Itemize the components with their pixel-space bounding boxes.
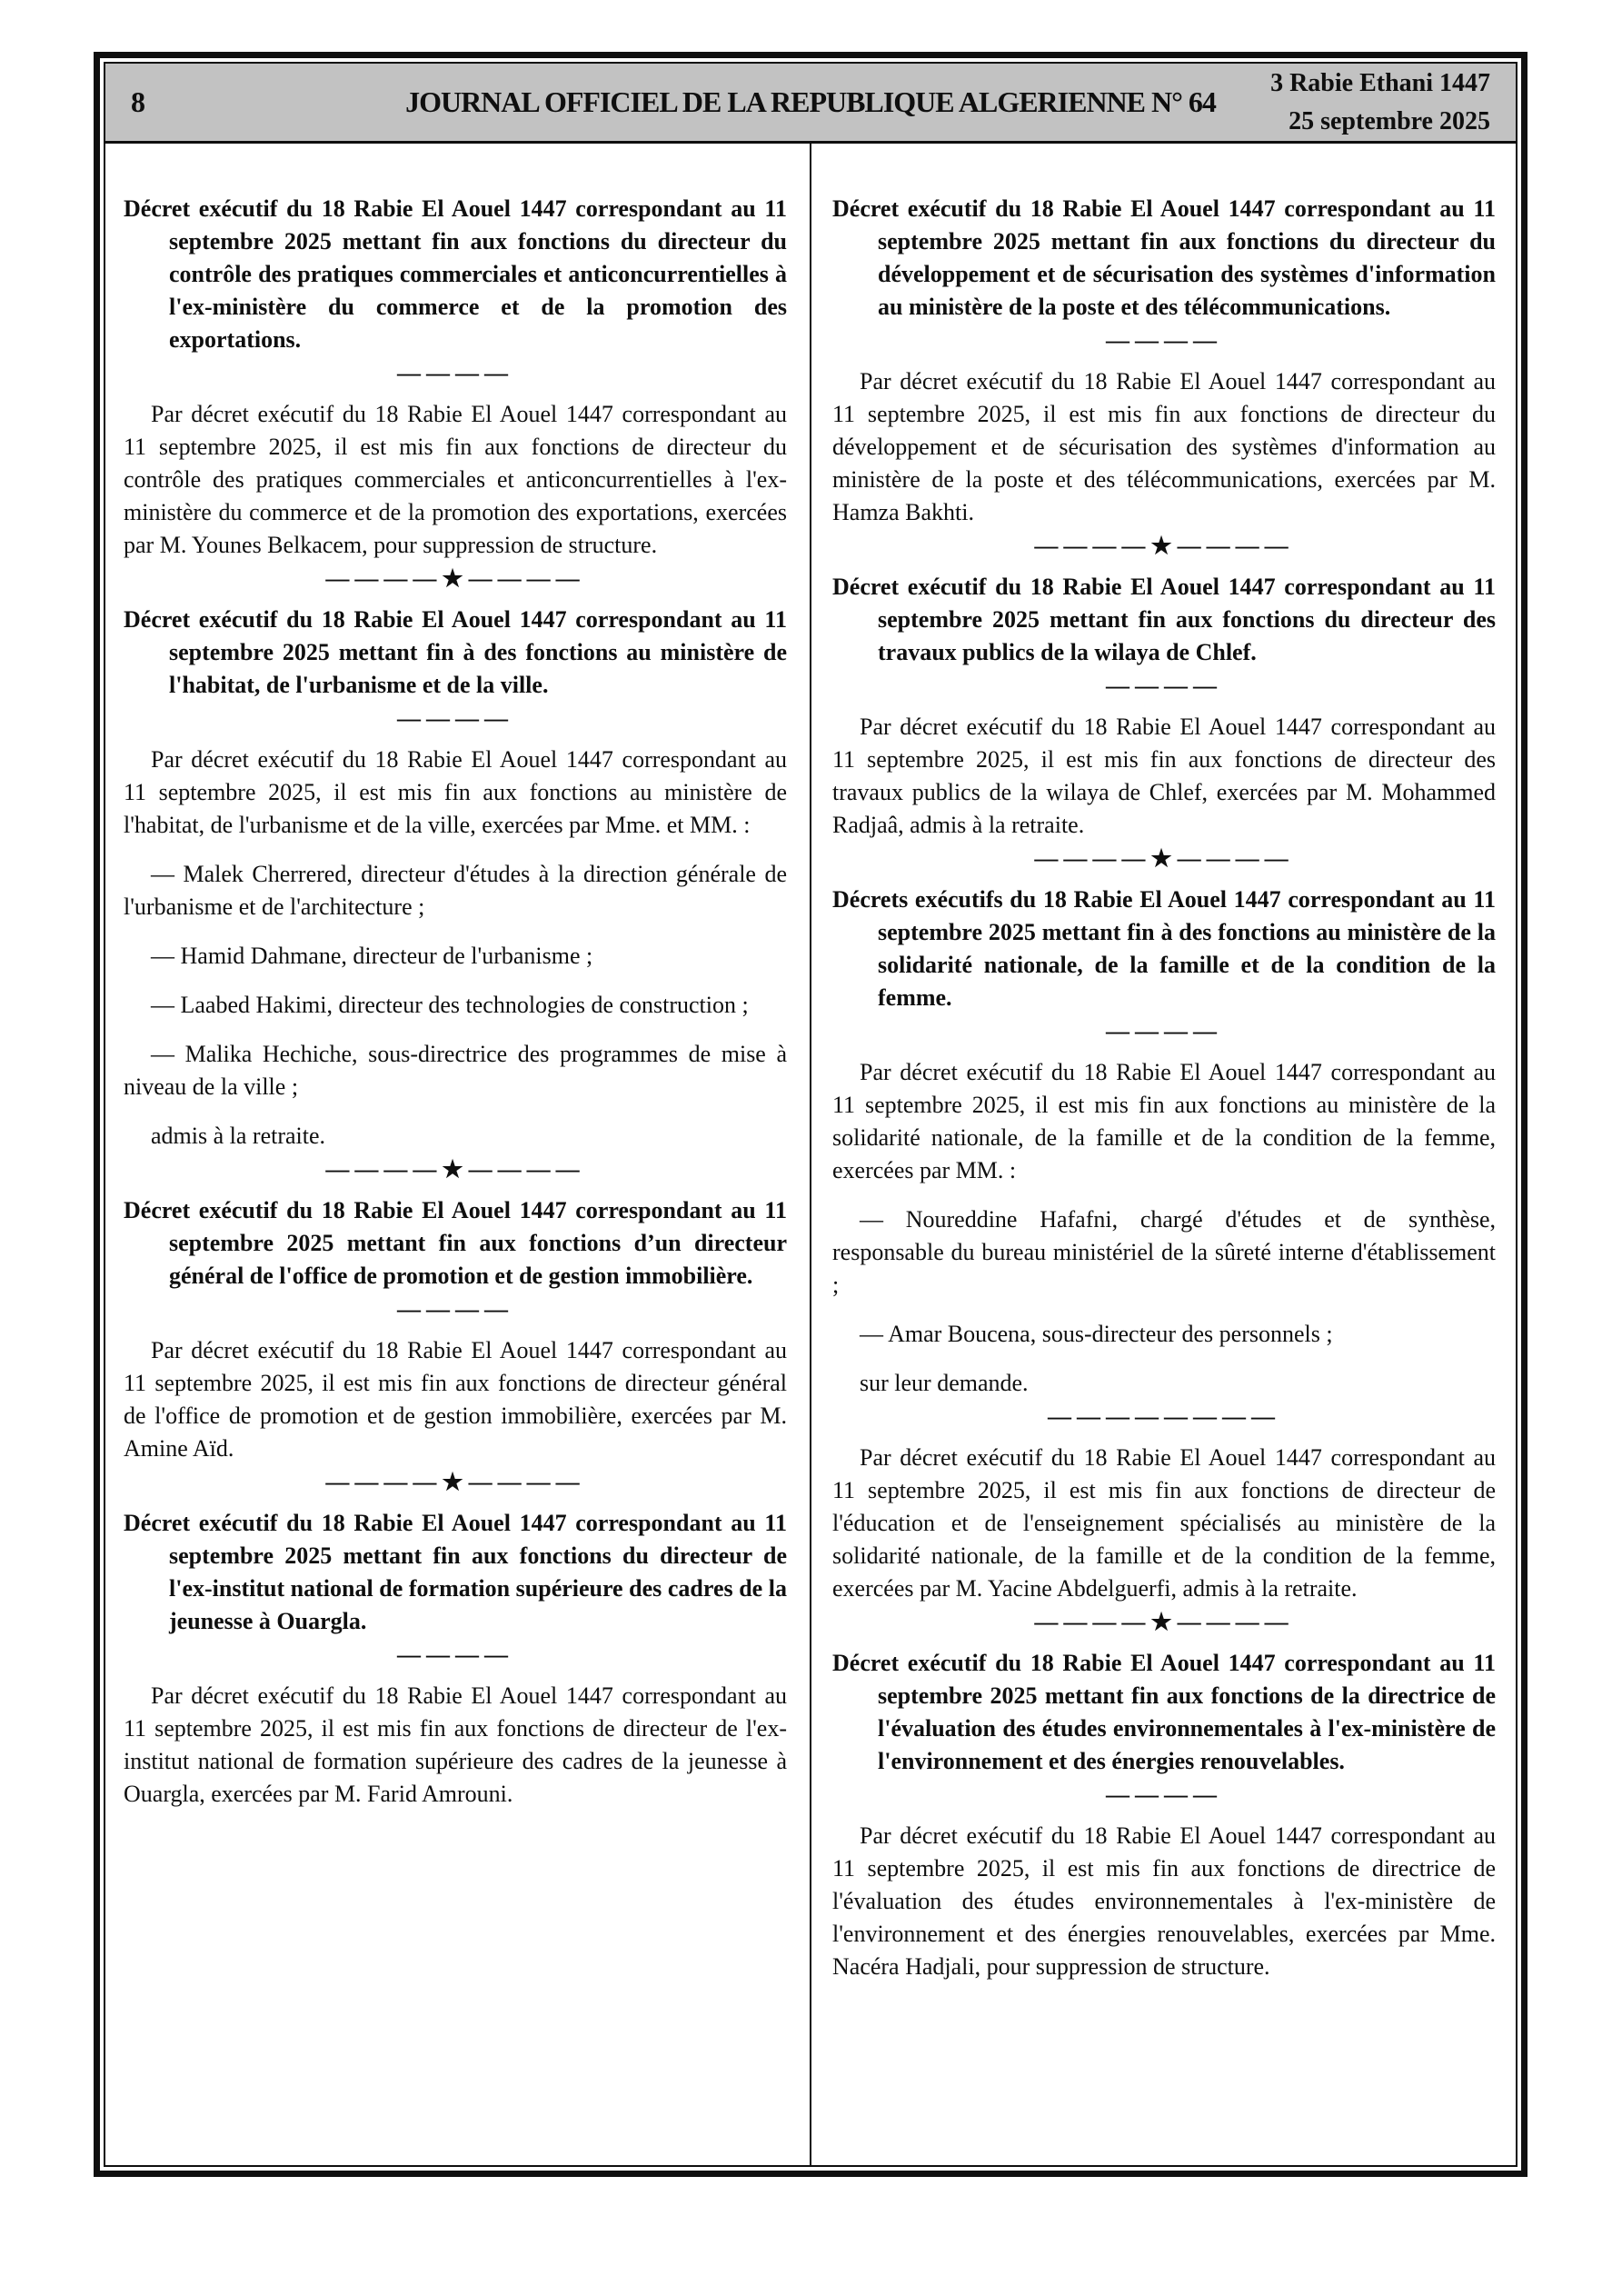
decree-paragraph: Par décret exécutif du 18 Rabie El Aouel…	[832, 1820, 1496, 1983]
header-dates: 3 Rabie Ethani 1447 25 septembre 2025	[1227, 65, 1490, 141]
section-separator: ————	[832, 333, 1496, 349]
closing-note: sur leur demande.	[832, 1367, 1496, 1400]
long-separator: ————————	[832, 1409, 1496, 1425]
left-column: Décret exécutif du 18 Rabie El Aouel 144…	[105, 144, 811, 2165]
decree-paragraph: Par décret exécutif du 18 Rabie El Aouel…	[124, 398, 787, 562]
section-separator: ————	[832, 1023, 1496, 1040]
section-separator: ————	[124, 365, 787, 382]
decree-paragraph: Par décret exécutif du 18 Rabie El Aouel…	[832, 1056, 1496, 1187]
star-separator: ————★————	[124, 1162, 787, 1178]
appointment-list-item: — Hamid Dahmane, directeur de l'urbanism…	[124, 940, 787, 973]
page-frame-inner: 8 JOURNAL OFFICIEL DE LA REPUBLIQUE ALGE…	[104, 62, 1518, 2167]
decree-paragraph: Par décret exécutif du 18 Rabie El Aouel…	[832, 711, 1496, 842]
star-separator: ————★————	[124, 1474, 787, 1491]
decree-heading: Décret exécutif du 18 Rabie El Aouel 144…	[124, 1507, 787, 1638]
decree-heading: Décrets exécutifs du 18 Rabie El Aouel 1…	[832, 883, 1496, 1014]
journal-title: JOURNAL OFFICIEL DE LA REPUBLIQUE ALGERI…	[394, 85, 1227, 119]
decree-paragraph: Par décret exécutif du 18 Rabie El Aouel…	[124, 744, 787, 842]
closing-note: admis à la retraite.	[124, 1120, 787, 1153]
appointment-list-item: — Malika Hechiche, sous-directrice des p…	[124, 1038, 787, 1103]
decree-paragraph: Par décret exécutif du 18 Rabie El Aouel…	[832, 365, 1496, 529]
appointment-list-item: — Amar Boucena, sous-directeur des perso…	[832, 1318, 1496, 1351]
appointment-list-item: — Malek Cherrered, directeur d'études à …	[124, 858, 787, 923]
star-separator: ————★————	[832, 1614, 1496, 1631]
right-column: Décret exécutif du 18 Rabie El Aouel 144…	[811, 144, 1516, 2165]
section-separator: ————	[832, 1787, 1496, 1803]
date-gregorian: 25 septembre 2025	[1227, 103, 1490, 141]
decree-heading: Décret exécutif du 18 Rabie El Aouel 144…	[832, 571, 1496, 669]
appointment-list-item: — Noureddine Hafafni, chargé d'études et…	[832, 1203, 1496, 1302]
page-frame: 8 JOURNAL OFFICIEL DE LA REPUBLIQUE ALGE…	[94, 52, 1527, 2177]
decree-paragraph: Par décret exécutif du 18 Rabie El Aouel…	[832, 1442, 1496, 1605]
star-separator: ————★————	[124, 571, 787, 587]
appointment-list-item: — Laabed Hakimi, directeur des technolog…	[124, 989, 787, 1022]
date-hijri: 3 Rabie Ethani 1447	[1227, 65, 1490, 103]
decree-paragraph: Par décret exécutif du 18 Rabie El Aouel…	[124, 1334, 787, 1465]
page-header: 8 JOURNAL OFFICIEL DE LA REPUBLIQUE ALGE…	[105, 64, 1516, 144]
section-separator: ————	[124, 1302, 787, 1318]
column-divider	[810, 144, 811, 2165]
decree-heading: Décret exécutif du 18 Rabie El Aouel 144…	[124, 193, 787, 356]
page-number: 8	[131, 85, 394, 119]
decree-heading: Décret exécutif du 18 Rabie El Aouel 144…	[124, 1194, 787, 1293]
star-separator: ————★————	[832, 851, 1496, 867]
section-separator: ————	[124, 1647, 787, 1663]
section-separator: ————	[832, 678, 1496, 694]
decree-heading: Décret exécutif du 18 Rabie El Aouel 144…	[832, 193, 1496, 324]
content-area: Décret exécutif du 18 Rabie El Aouel 144…	[105, 144, 1516, 2165]
star-separator: ————★————	[832, 538, 1496, 554]
section-separator: ————	[124, 711, 787, 727]
decree-heading: Décret exécutif du 18 Rabie El Aouel 144…	[832, 1647, 1496, 1778]
decree-heading: Décret exécutif du 18 Rabie El Aouel 144…	[124, 604, 787, 702]
decree-paragraph: Par décret exécutif du 18 Rabie El Aouel…	[124, 1680, 787, 1811]
